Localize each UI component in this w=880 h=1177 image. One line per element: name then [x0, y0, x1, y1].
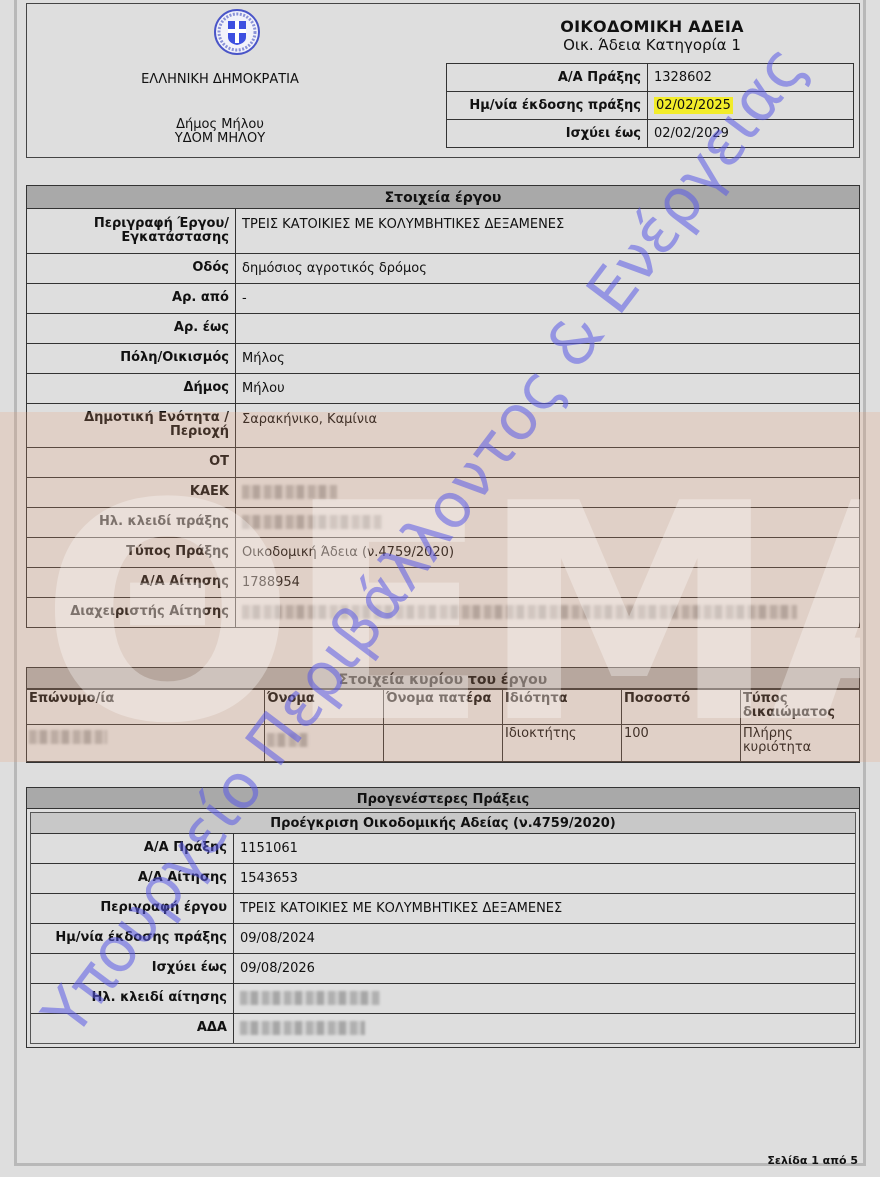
owners-section: Στοιχεία κυρίου του έργου Επώνυμο/ία Όνο… [26, 667, 860, 763]
municipality-name: Δήμος Μήλου [0, 118, 440, 132]
field-label: Δημοτική Ενότητα / Περιοχή [27, 403, 236, 447]
redacted-name [267, 733, 309, 747]
field-value [236, 313, 860, 343]
field-value: - [236, 283, 860, 313]
meta-label: Ημ/νία έκδοσης πράξης [447, 92, 648, 120]
field-label: Τύπος Πράξης [27, 537, 236, 567]
column-header: Όνομα πατέρα [384, 690, 503, 725]
greek-coat-of-arms-icon [213, 8, 261, 56]
redacted-ada [240, 1021, 365, 1035]
field-value: Μήλος [236, 343, 860, 373]
field-value [234, 983, 856, 1013]
section-title: Προγενέστερες Πράξεις [27, 788, 859, 809]
field-value: Μήλου [236, 373, 860, 403]
field-label: Ημ/νία έκδοσης πράξης [31, 923, 234, 953]
field-value: 09/08/2024 [234, 923, 856, 953]
table-row: Διαχειριστής Αίτησης [27, 597, 859, 627]
field-value: 1543653 [234, 863, 856, 893]
owner-name [265, 725, 384, 762]
column-header: Επώνυμο/ία [27, 690, 265, 725]
project-details-section: Στοιχεία έργου Περιγραφή Έργου/Εγκατάστα… [26, 185, 860, 628]
section-title: Στοιχεία κυρίου του έργου [27, 668, 859, 689]
table-row: Αρ. έως [27, 313, 859, 343]
field-label: Αρ. έως [27, 313, 236, 343]
owners-table: Επώνυμο/ία Όνομα Όνομα πατέρα Ιδιότητα Π… [27, 689, 859, 762]
document-subtitle: Οικ. Άδεια Κατηγορία 1 [446, 36, 858, 54]
field-label: Περιγραφή Έργου/Εγκατάστασης [27, 209, 236, 253]
office-name: ΥΔΟΜ ΜΗΛΟΥ [0, 132, 440, 146]
table-row: Πόλη/Οικισμός Μήλος [27, 343, 859, 373]
redacted-electronic-key [242, 515, 382, 529]
section-title: Στοιχεία έργου [27, 186, 859, 209]
meta-value: 02/02/2029 [648, 120, 854, 148]
field-value [236, 477, 860, 507]
table-row: Ιδιοκτήτης 100 Πλήρης κυριότητα [27, 725, 859, 762]
field-value: 1788954 [236, 567, 860, 597]
redacted-application-key [240, 991, 380, 1005]
field-value [236, 507, 860, 537]
field-value: Οικοδομική Άδεια (ν.4759/2020) [236, 537, 860, 567]
table-row: Ηλ. κλειδί αίτησης [31, 983, 855, 1013]
table-row: Περιγραφή έργου ΤΡΕΙΣ ΚΑΤΟΙΚΙΕΣ ΜΕ ΚΟΛΥΜ… [31, 893, 855, 923]
table-row: Α/Α Αίτησης 1788954 [27, 567, 859, 597]
field-value: δημόσιος αγροτικός δρόμος [236, 253, 860, 283]
redacted-kaek [242, 485, 337, 499]
field-label: ΟΤ [27, 447, 236, 477]
column-header: Ποσοστό [622, 690, 741, 725]
field-value: Σαρακήνικο, Καμίνια [236, 403, 860, 447]
country-name: ΕΛΛΗΝΙΚΗ ΔΗΜΟΚΡΑΤΙΑ [0, 72, 440, 87]
field-label: Α/Α Αίτησης [27, 567, 236, 597]
table-row: Ισχύει έως 09/08/2026 [31, 953, 855, 983]
table-row: ΑΔΑ [31, 1013, 855, 1043]
field-value: ΤΡΕΙΣ ΚΑΤΟΙΚΙΕΣ ΜΕ ΚΟΛΥΜΒΗΤΙΚΕΣ ΔΕΞΑΜΕΝΕ… [236, 209, 860, 253]
table-row: Δήμος Μήλου [27, 373, 859, 403]
table-row: Δημοτική Ενότητα / Περιοχή Σαρακήνικο, Κ… [27, 403, 859, 447]
meta-label: Ισχύει έως [447, 120, 648, 148]
table-row: Α/Α Αίτησης 1543653 [31, 863, 855, 893]
field-value: 09/08/2026 [234, 953, 856, 983]
table-row: Οδός δημόσιος αγροτικός δρόμος [27, 253, 859, 283]
owner-capacity: Ιδιοκτήτης [503, 725, 622, 762]
field-label: Α/Α Πράξης [31, 834, 234, 863]
field-label: Πόλη/Οικισμός [27, 343, 236, 373]
column-header: Όνομα [265, 690, 384, 725]
field-label: Ηλ. κλειδί πράξης [27, 507, 236, 537]
meta-row-valid-until: Ισχύει έως 02/02/2029 [447, 120, 854, 148]
owner-surname [27, 725, 265, 762]
page-number: Σελίδα 1 από 5 [767, 1154, 858, 1167]
field-label: Διαχειριστής Αίτησης [27, 597, 236, 627]
field-label: Αρ. από [27, 283, 236, 313]
pre-approval-block: Προέγκριση Οικοδομικής Αδείας (ν.4759/20… [30, 812, 856, 1044]
field-label: ΑΔΑ [31, 1013, 234, 1043]
redacted-application-manager [242, 605, 797, 619]
meta-row-issue-date: Ημ/νία έκδοσης πράξης 02/02/2025 [447, 92, 854, 120]
issuing-authority: Δήμος Μήλου ΥΔΟΜ ΜΗΛΟΥ [0, 118, 440, 146]
field-label: Οδός [27, 253, 236, 283]
field-value [236, 447, 860, 477]
table-row: Ημ/νία έκδοσης πράξης 09/08/2024 [31, 923, 855, 953]
owner-father-name [384, 725, 503, 762]
document-title: ΟΙΚΟΔΟΜΙΚΗ ΑΔΕΙΑ [446, 17, 858, 36]
meta-row-act-number: Α/Α Πράξης 1328602 [447, 64, 854, 92]
table-row: ΟΤ [27, 447, 859, 477]
field-label: Ισχύει έως [31, 953, 234, 983]
field-label: Α/Α Αίτησης [31, 863, 234, 893]
field-value [236, 597, 860, 627]
owner-percentage: 100 [622, 725, 741, 762]
field-label: Ηλ. κλειδί αίτησης [31, 983, 234, 1013]
meta-label: Α/Α Πράξης [447, 64, 648, 92]
table-row: Τύπος Πράξης Οικοδομική Άδεια (ν.4759/20… [27, 537, 859, 567]
table-row: Αρ. από - [27, 283, 859, 313]
owners-header-row: Επώνυμο/ία Όνομα Όνομα πατέρα Ιδιότητα Π… [27, 690, 859, 725]
table-row: ΚΑΕΚ [27, 477, 859, 507]
redacted-surname [29, 730, 107, 744]
field-label: Περιγραφή έργου [31, 893, 234, 923]
table-row: Ηλ. κλειδί πράξης [27, 507, 859, 537]
highlighted-issue-date: 02/02/2025 [654, 97, 733, 114]
meta-value: 1328602 [648, 64, 854, 92]
owner-right-type: Πλήρης κυριότητα [741, 725, 860, 762]
project-details-table: Περιγραφή Έργου/Εγκατάστασης ΤΡΕΙΣ ΚΑΤΟΙ… [27, 209, 859, 627]
table-row: Περιγραφή Έργου/Εγκατάστασης ΤΡΕΙΣ ΚΑΤΟΙ… [27, 209, 859, 253]
column-header: Τύπος δικαιώματος [741, 690, 860, 725]
field-value [234, 1013, 856, 1043]
meta-value: 02/02/2025 [648, 92, 854, 120]
field-value: 1151061 [234, 834, 856, 863]
table-row: Α/Α Πράξης 1151061 [31, 834, 855, 863]
field-value: ΤΡΕΙΣ ΚΑΤΟΙΚΙΕΣ ΜΕ ΚΟΛΥΜΒΗΤΙΚΕΣ ΔΕΞΑΜΕΝΕ… [234, 893, 856, 923]
subsection-title: Προέγκριση Οικοδομικής Αδείας (ν.4759/20… [31, 813, 855, 834]
permit-meta-table: Α/Α Πράξης 1328602 Ημ/νία έκδοσης πράξης… [446, 63, 854, 148]
previous-acts-section: Προγενέστερες Πράξεις Προέγκριση Οικοδομ… [26, 787, 860, 1048]
previous-act-table: Α/Α Πράξης 1151061 Α/Α Αίτησης 1543653 Π… [31, 834, 855, 1043]
column-header: Ιδιότητα [503, 690, 622, 725]
field-label: Δήμος [27, 373, 236, 403]
field-label: ΚΑΕΚ [27, 477, 236, 507]
